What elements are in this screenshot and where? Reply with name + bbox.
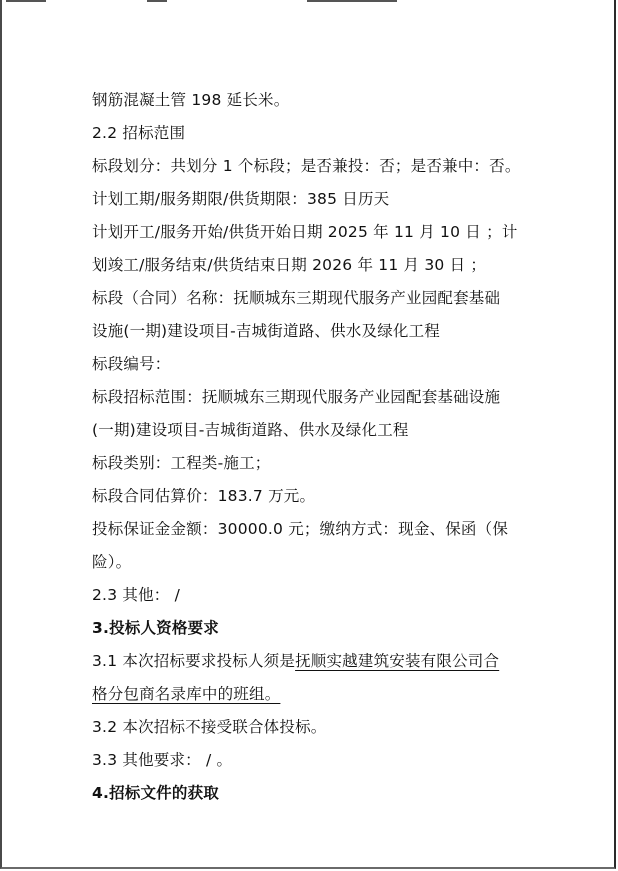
text-line: 计划开工/服务开始/供货开始日期 2025 年 11 月 10 日 ；计 [92,216,532,249]
document-page: 钢筋混凝土管 198 延长米。 2.2 招标范围 标段划分：共划分 1 个标段；… [0,0,616,869]
text-line: 标段划分：共划分 1 个标段；是否兼投：否；是否兼中：否。 [92,150,532,183]
text-line: 标段（合同）名称：抚顺城东三期现代服务产业园配套基础 [92,282,532,315]
section-heading-4: 4.招标文件的获取 [92,777,532,810]
document-body: 钢筋混凝土管 198 延长米。 2.2 招标范围 标段划分：共划分 1 个标段；… [92,84,532,810]
text-line: 险）。 [92,546,532,579]
section-heading-2-2: 2.2 招标范围 [92,117,532,150]
text-line: (一期)建设项目-吉城街道路、供水及绿化工程 [92,414,532,447]
text-line-3-1: 3.1 本次招标要求投标人须是抚顺实越建筑安装有限公司合 [92,645,532,678]
text-line: 划竣工/服务结束/供货结束日期 2026 年 11 月 30 日 ； [92,249,532,282]
text-line: 钢筋混凝土管 198 延长米。 [92,84,532,117]
scan-edge-mark [307,0,397,2]
text-line: 标段招标范围：抚顺城东三期现代服务产业园配套基础设施 [92,381,532,414]
underlined-text: 抚顺实越建筑安装有限公司合 [295,652,499,670]
underlined-text: 格分包商名录库中的班组。 [92,685,280,703]
text-line: 投标保证金金额：30000.0 元；缴纳方式：现金、保函（保 [92,513,532,546]
text-line: 标段合同估算价：183.7 万元。 [92,480,532,513]
scan-edge-mark [147,0,167,2]
section-heading-3: 3.投标人资格要求 [92,612,532,645]
text-line: 计划工期/服务期限/供货期限：385 日历天 [92,183,532,216]
text-line: 标段类别：工程类-施工； [92,447,532,480]
text-line: 设施(一期)建设项目-吉城街道路、供水及绿化工程 [92,315,532,348]
text-prefix: 3.1 本次招标要求投标人须是 [92,652,295,670]
text-line: 标段编号： [92,348,532,381]
scan-edge-mark [6,0,46,2]
text-line: 格分包商名录库中的班组。 [92,678,532,711]
section-heading-2-3: 2.3 其他： / [92,579,532,612]
text-line-3-2: 3.2 本次招标不接受联合体投标。 [92,711,532,744]
text-line-3-3: 3.3 其他要求： / 。 [92,744,532,777]
